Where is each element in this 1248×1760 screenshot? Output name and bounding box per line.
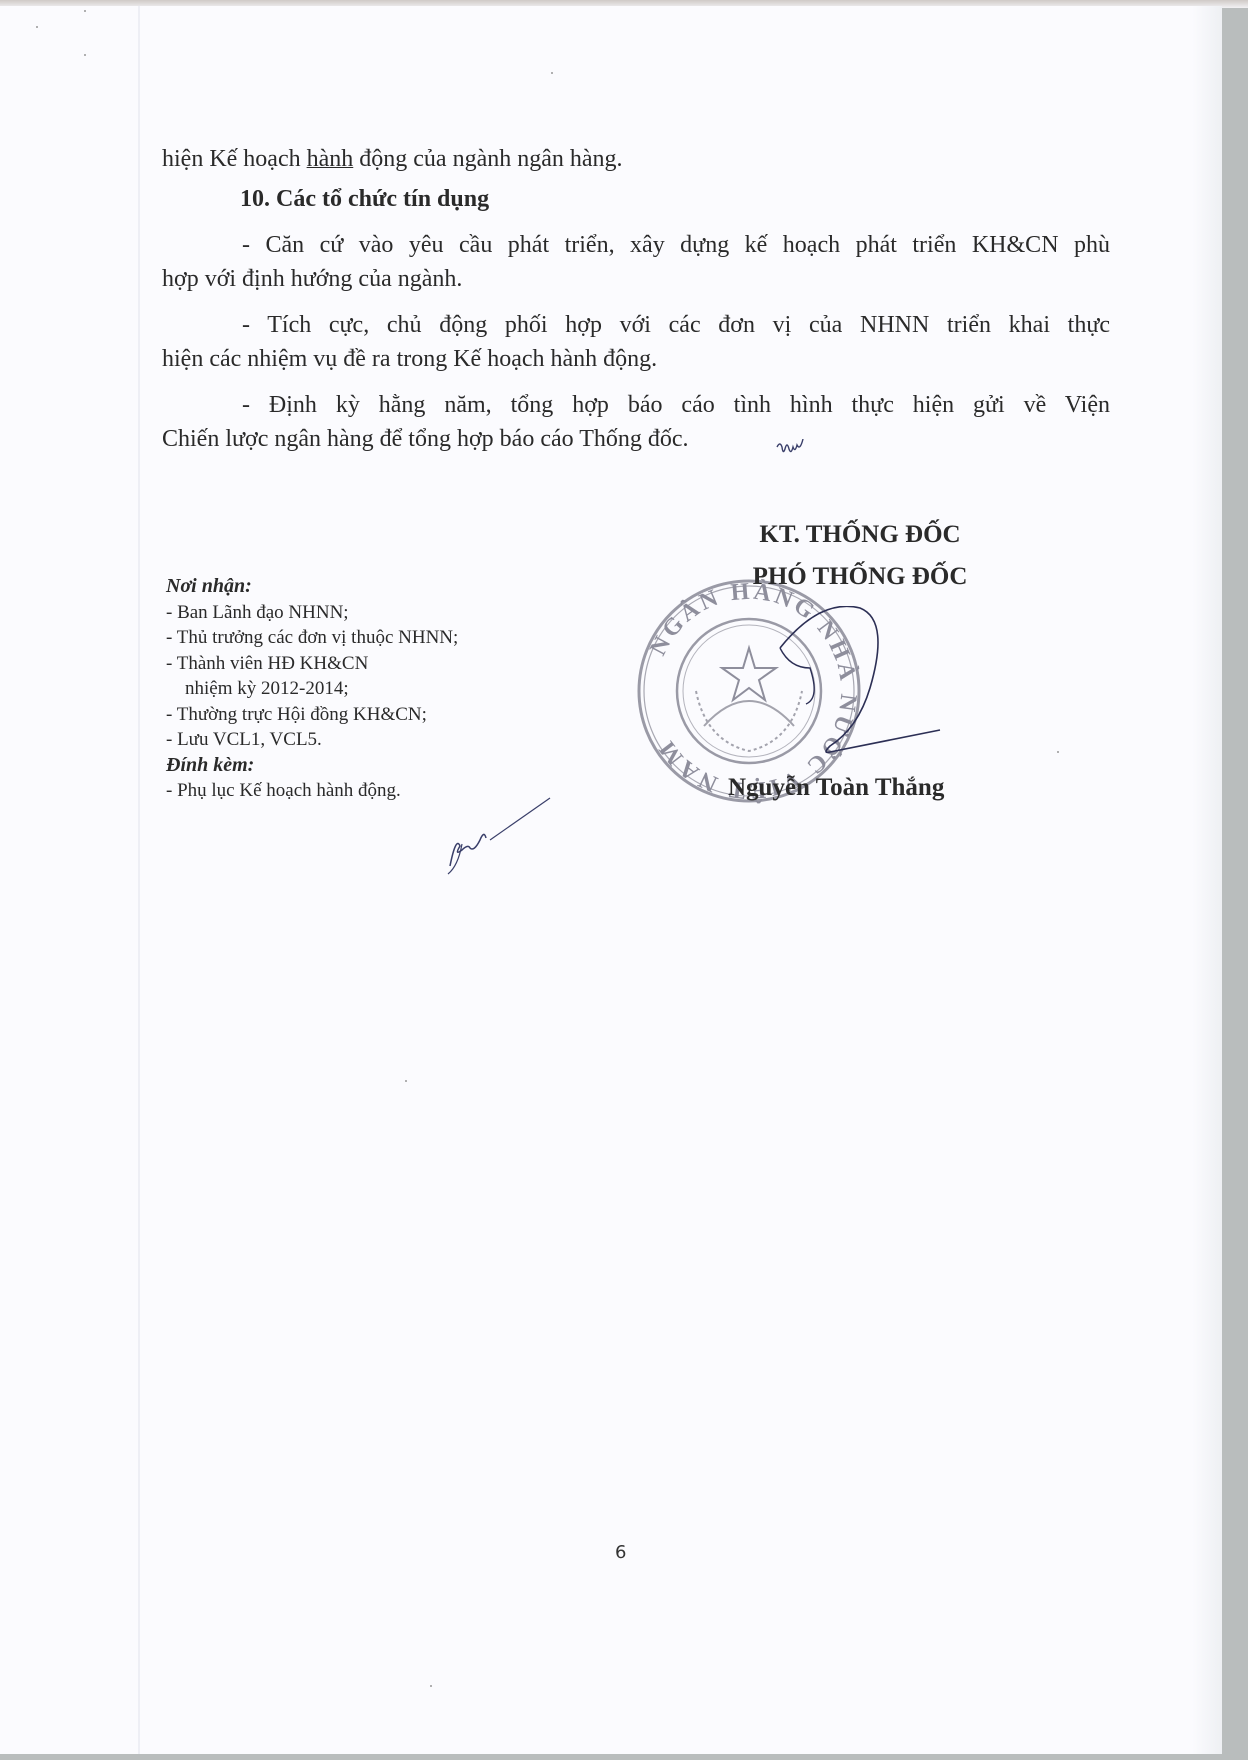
- recipients-block: Nơi nhận: - Ban Lãnh đạo NHNN; - Thủ trư…: [166, 574, 458, 804]
- paragraph-3-line-2: Chiến lược ngân hàng để tổng hợp báo cáo…: [162, 426, 689, 453]
- scan-speck: [430, 1685, 432, 1687]
- recipient-item: - Thường trực Hội đồng KH&CN;: [166, 702, 458, 728]
- scan-speck: [551, 72, 553, 74]
- section-heading: 10. Các tổ chức tín dụng: [240, 186, 489, 213]
- text-segment: động của ngành ngân hàng.: [353, 146, 622, 172]
- continuation-line: hiện Kế hoạch hành động của ngành ngân h…: [162, 146, 623, 173]
- page-number: 6: [615, 1542, 626, 1563]
- page-edge-shade: [1192, 6, 1222, 1754]
- scan-speck: [405, 1080, 407, 1082]
- text-segment: hiện Kế hoạch: [162, 146, 307, 172]
- paragraph-1-line-1: - Căn cứ vào yêu cầu phát triển, xây dựn…: [162, 232, 1110, 259]
- signature-title-line-2: PHÓ THỐNG ĐỐC: [720, 556, 1000, 598]
- recipient-item: - Ban Lãnh đạo NHNN;: [166, 600, 458, 626]
- page-fold-line: [138, 6, 140, 1754]
- document-page: hiện Kế hoạch hành động của ngành ngân h…: [0, 6, 1222, 1754]
- attachment-item: - Phụ lục Kế hoạch hành động.: [166, 778, 458, 804]
- recipient-item-continuation: nhiệm kỳ 2012-2014;: [166, 676, 458, 702]
- paragraph-1-line-2: hợp với định hướng của ngành.: [162, 266, 462, 293]
- handwritten-initials-signature: [440, 796, 560, 876]
- recipient-item: - Thủ trưởng các đơn vị thuộc NHNN;: [166, 625, 458, 651]
- signer-name: Nguyễn Toàn Thắng: [728, 774, 944, 802]
- handwritten-initials-mark: [775, 439, 811, 461]
- signature-block: KT. THỐNG ĐỐC PHÓ THỐNG ĐỐC: [720, 514, 1000, 598]
- scan-speck: [84, 54, 86, 56]
- paragraph-2-line-1: - Tích cực, chủ động phối hợp với các đơ…: [162, 312, 1110, 339]
- attachment-title: Đính kèm:: [166, 753, 458, 779]
- handwritten-signature: [770, 606, 970, 756]
- recipient-item: - Thành viên HĐ KH&CN: [166, 651, 458, 677]
- scan-speck: [36, 26, 38, 28]
- paragraph-3-line-1: - Định kỳ hằng năm, tổng hợp báo cáo tìn…: [162, 392, 1110, 419]
- recipients-title: Nơi nhận:: [166, 574, 458, 600]
- underlined-word: hành: [307, 146, 354, 172]
- paragraph-2-line-2: hiện các nhiệm vụ đề ra trong Kế hoạch h…: [162, 346, 657, 373]
- signature-title-line-1: KT. THỐNG ĐỐC: [720, 514, 1000, 556]
- scan-speck: [1057, 751, 1059, 753]
- scan-speck: [84, 10, 86, 12]
- recipient-item: - Lưu VCL1, VCL5.: [166, 727, 458, 753]
